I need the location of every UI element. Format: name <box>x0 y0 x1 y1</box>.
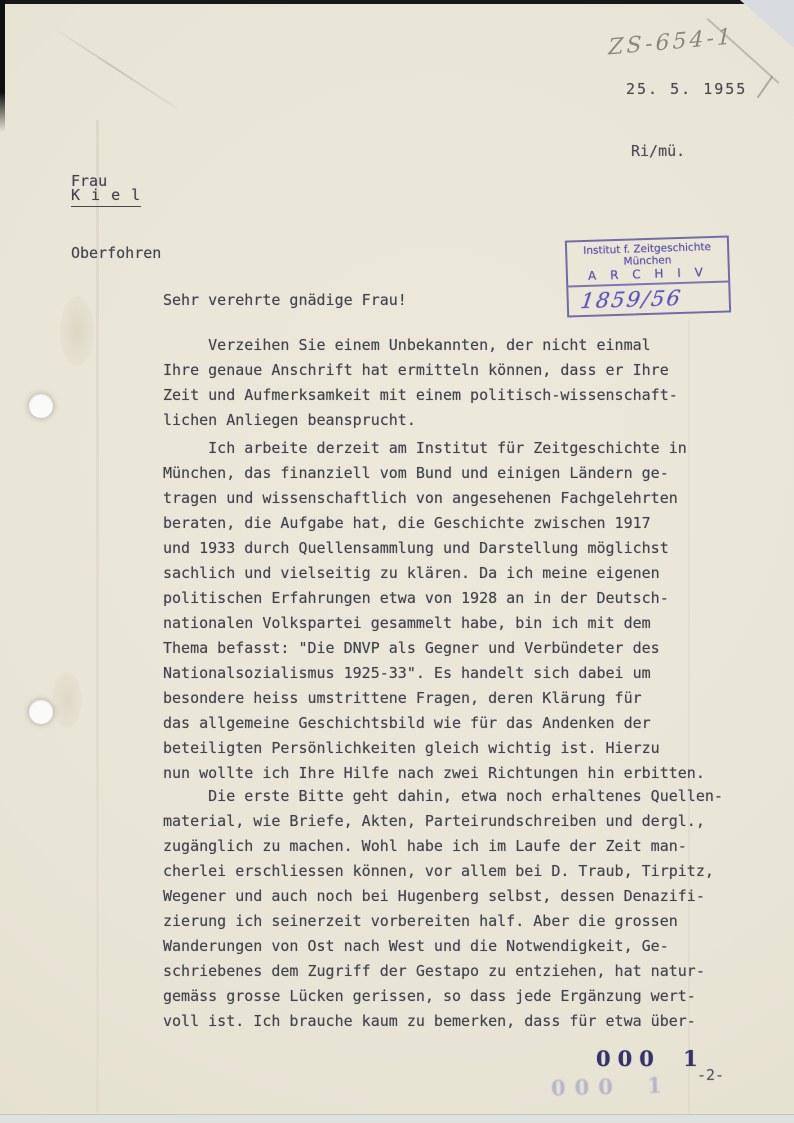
paper-blemish <box>52 672 82 728</box>
paper-crease <box>51 26 178 109</box>
letter-date: 25. 5. 1955 <box>626 80 747 98</box>
punch-hole-top <box>29 394 53 418</box>
letter-scan-page: ZS-654-1 25. 5. 1955 Ri/mü. Frau Oberfoh… <box>0 0 794 1123</box>
page-number: -2- <box>697 1066 724 1084</box>
reference-initials: Ri/mü. <box>631 142 685 160</box>
archive-stamp-number: 1859/56 <box>567 282 731 315</box>
serial-number-stamp-ghost: 000 1 <box>551 1072 671 1100</box>
salutation: Sehr verehrte gnädige Frau! <box>163 291 407 309</box>
corner-crease-tick <box>757 76 774 98</box>
recipient-name: Oberfohren <box>71 241 161 265</box>
paragraph-2: Ich arbeite derzeit am Institut für Zeit… <box>163 436 705 786</box>
archive-stamp-header: Institut f. Zeitgeschichte München A R C… <box>567 238 728 288</box>
archive-stamp: Institut f. Zeitgeschichte München A R C… <box>565 235 731 317</box>
punch-hole-bottom <box>29 700 53 724</box>
scan-edge-top <box>0 0 794 4</box>
recipient-address: Frau Oberfohren <box>71 121 161 313</box>
recipient-city: K i e l <box>71 186 141 207</box>
serial-number-stamp: 000 1 <box>596 1046 705 1071</box>
paragraph-3: Die erste Bitte geht dahin, etwa noch er… <box>163 784 723 1034</box>
scan-edge-bottom <box>0 1114 794 1123</box>
paragraph-1: Verzeihen Sie einem Unbekannten, der nic… <box>163 333 678 433</box>
scan-edge-left <box>0 0 5 132</box>
handwritten-archive-signature: ZS-654-1 <box>608 24 734 60</box>
